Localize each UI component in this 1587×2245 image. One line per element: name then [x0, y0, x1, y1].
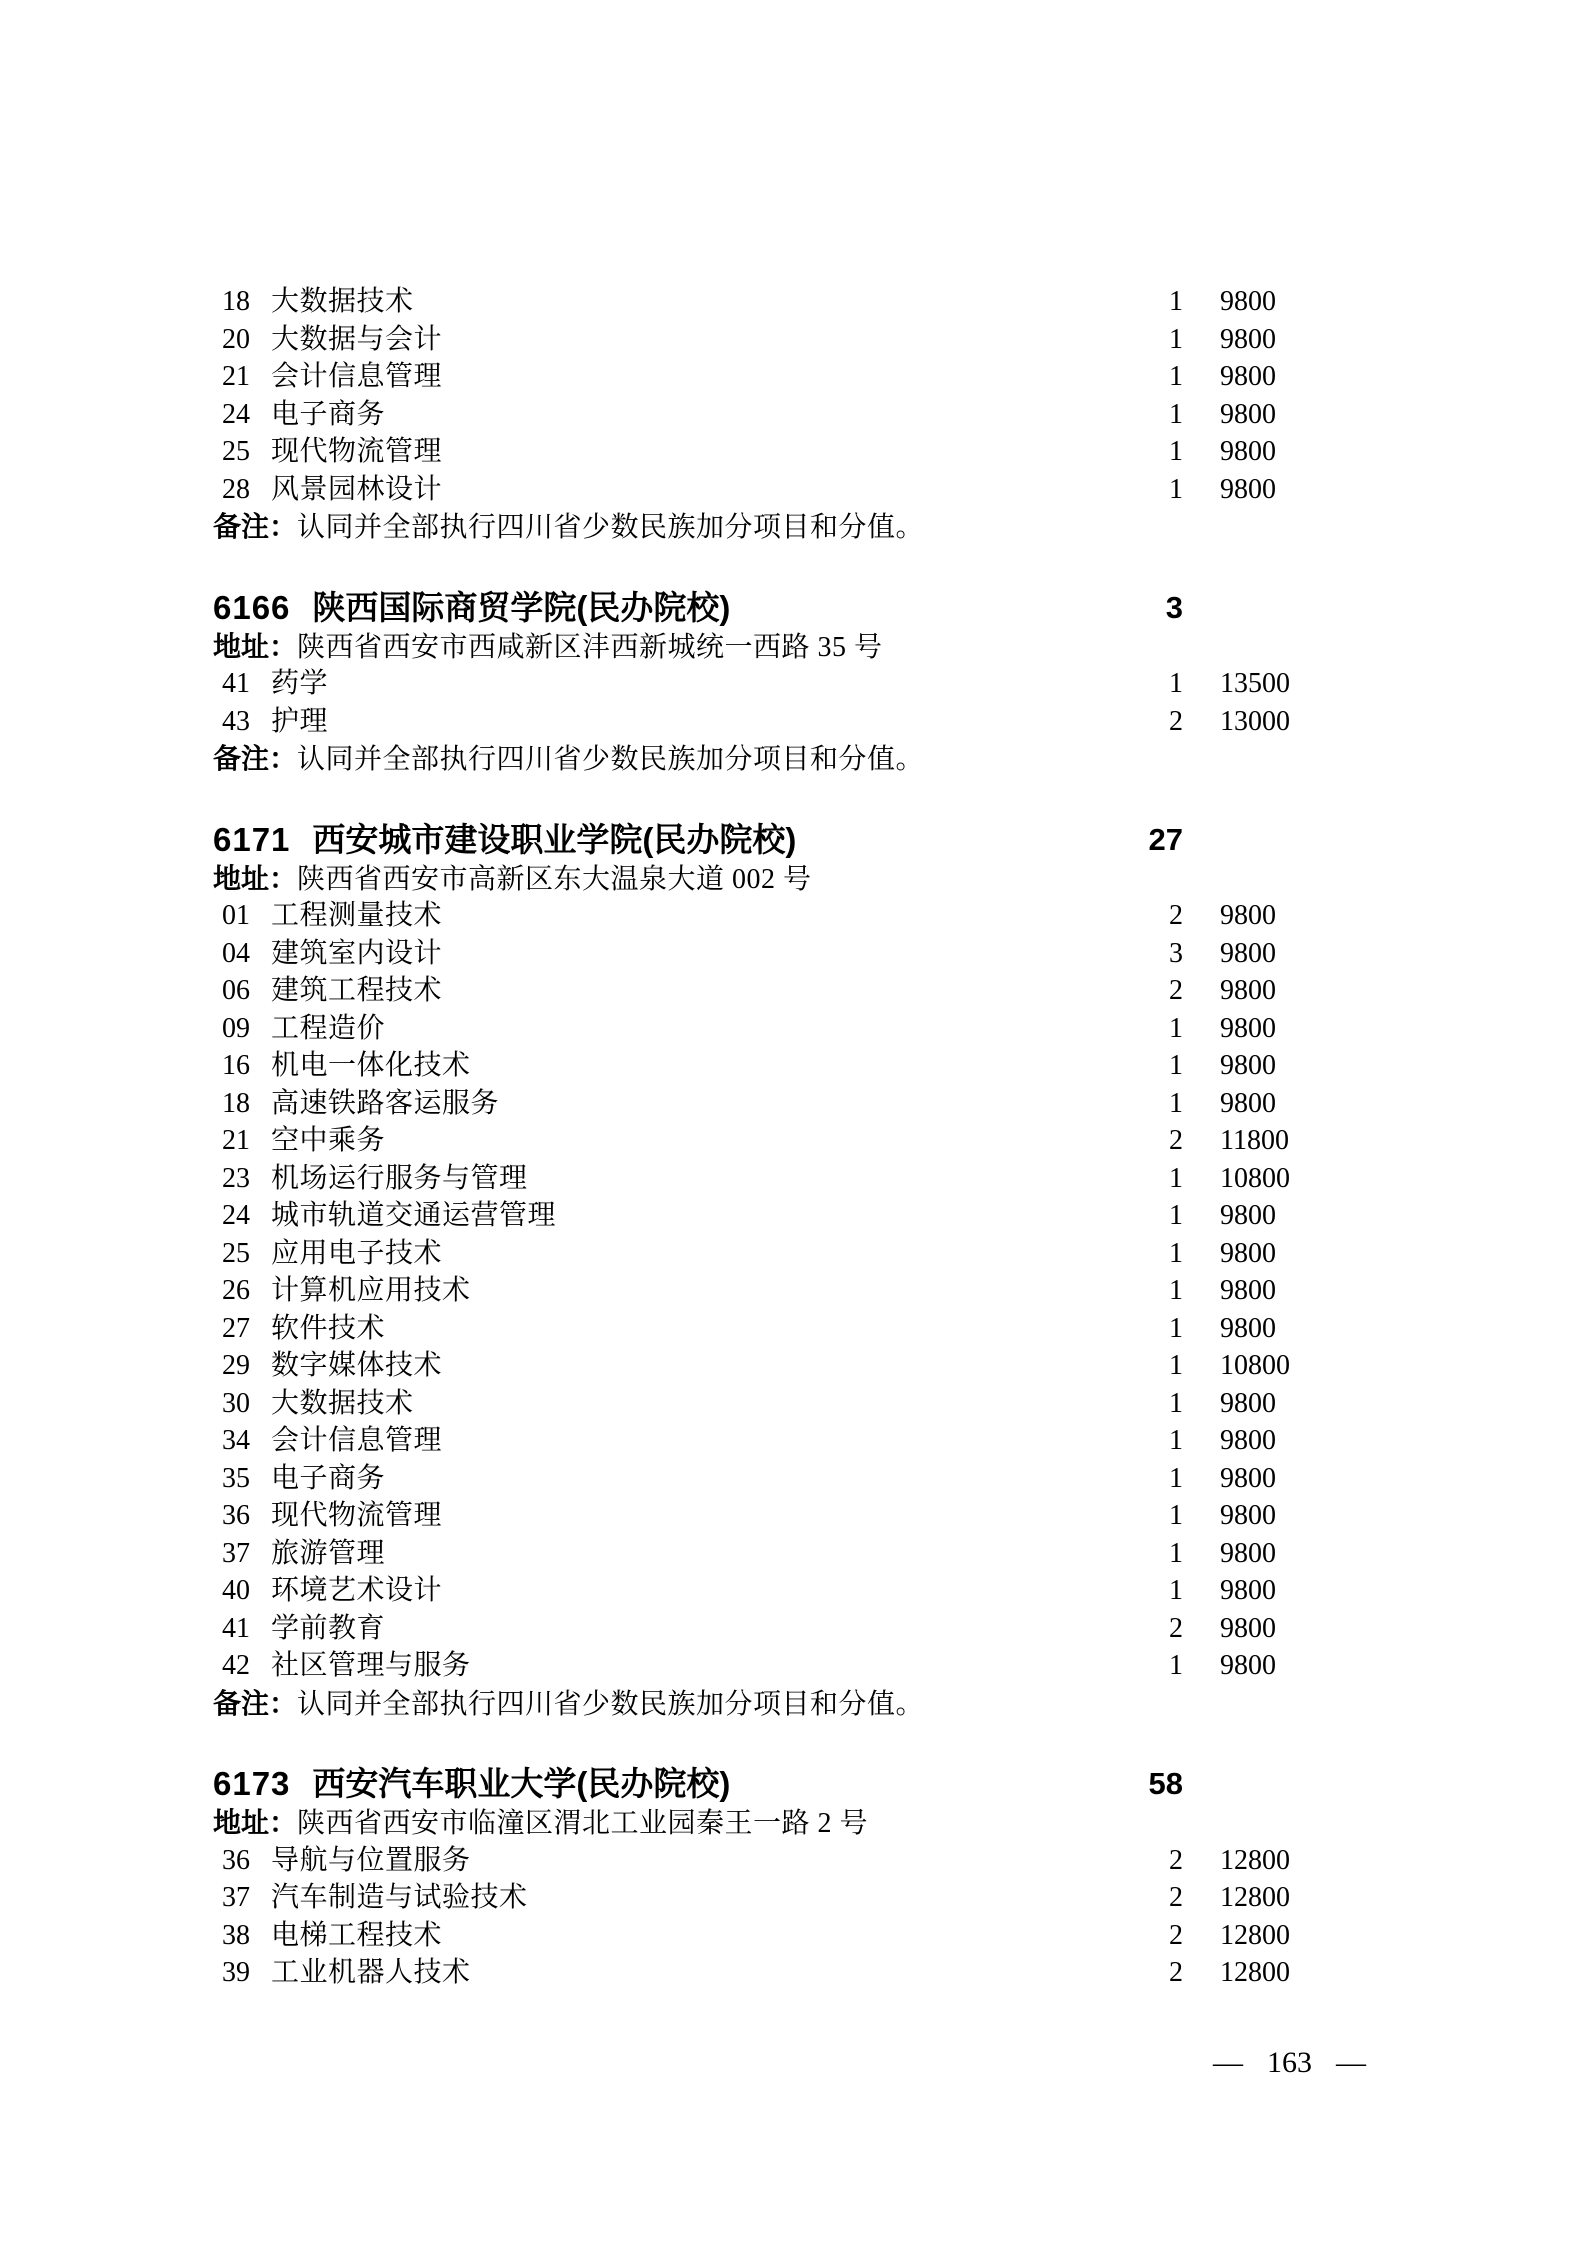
- major-quota: 1: [1123, 1272, 1183, 1310]
- major-row: 18 大数据技术 1 9800: [0, 283, 1587, 321]
- major-fee: 9800: [1220, 471, 1276, 509]
- major-fee: 9800: [1220, 1385, 1276, 1423]
- major-quota: 1: [1123, 1235, 1183, 1273]
- major-code: 38: [222, 1917, 250, 1955]
- major-code: 34: [222, 1422, 250, 1460]
- major-quota: 1: [1123, 1647, 1183, 1685]
- remark-text: 认同并全部执行四川省少数民族加分项目和分值。: [297, 1689, 924, 1720]
- major-fee: 9800: [1220, 972, 1276, 1010]
- major-fee: 10800: [1220, 1347, 1290, 1385]
- major-quota: 1: [1123, 321, 1183, 359]
- major-name: 现代物流管理: [271, 433, 442, 471]
- major-row: 28 风景园林设计 1 9800: [0, 471, 1587, 509]
- major-quota: 1: [1123, 1497, 1183, 1535]
- major-row: 23 机场运行服务与管理 1 10800: [0, 1160, 1587, 1198]
- major-row: 21 会计信息管理 1 9800: [0, 358, 1587, 396]
- major-row: 09 工程造价 1 9800: [0, 1010, 1587, 1048]
- major-code: 24: [222, 1197, 250, 1235]
- address-label: 地址：: [213, 1807, 297, 1838]
- major-quota: 2: [1123, 1842, 1183, 1880]
- major-quota: 1: [1123, 665, 1183, 703]
- major-code: 27: [222, 1310, 250, 1348]
- major-rows: 01 工程测量技术 2 9800 04 建筑室内设计 3 9800 06 建筑工…: [0, 897, 1587, 1685]
- remark-label: 备注：: [213, 1688, 297, 1719]
- major-code: 18: [222, 1085, 250, 1123]
- school-name: 西安城市建设职业学院(民办院校): [312, 821, 796, 858]
- major-name: 大数据与会计: [271, 321, 442, 359]
- major-name: 大数据技术: [271, 283, 414, 321]
- major-name: 社区管理与服务: [271, 1647, 471, 1685]
- major-fee: 9800: [1220, 1610, 1276, 1648]
- major-name: 现代物流管理: [271, 1497, 442, 1535]
- major-fee: 10800: [1220, 1160, 1290, 1198]
- major-code: 09: [222, 1010, 250, 1048]
- major-name: 空中乘务: [271, 1122, 385, 1160]
- major-row: 04 建筑室内设计 3 9800: [0, 935, 1587, 973]
- major-name: 大数据技术: [271, 1385, 414, 1423]
- major-name: 学前教育: [271, 1610, 385, 1648]
- major-code: 25: [222, 1235, 250, 1273]
- major-code: 28: [222, 471, 250, 509]
- major-row: 41 药学 1 13500: [0, 665, 1587, 703]
- major-row: 20 大数据与会计 1 9800: [0, 321, 1587, 359]
- major-quota: 1: [1123, 1310, 1183, 1348]
- major-row: 36 导航与位置服务 2 12800: [0, 1842, 1587, 1880]
- major-fee: 9800: [1220, 935, 1276, 973]
- major-quota: 1: [1123, 471, 1183, 509]
- major-quota: 1: [1123, 1385, 1183, 1423]
- major-rows: 41 药学 1 13500 43 护理 2 13000: [0, 665, 1587, 740]
- major-row: 30 大数据技术 1 9800: [0, 1385, 1587, 1423]
- major-fee: 12800: [1220, 1842, 1290, 1880]
- major-code: 37: [222, 1535, 250, 1573]
- page-number: 163: [1267, 2046, 1312, 2080]
- major-row: 21 空中乘务 2 11800: [0, 1122, 1587, 1160]
- major-fee: 9800: [1220, 1572, 1276, 1610]
- major-row: 06 建筑工程技术 2 9800: [0, 972, 1587, 1010]
- school-header: 6166陕西国际商贸学院(民办院校) 3: [0, 588, 1587, 628]
- remark-line: 备注：认同并全部执行四川省少数民族加分项目和分值。: [0, 740, 1587, 778]
- major-name: 会计信息管理: [271, 358, 442, 396]
- major-fee: 13000: [1220, 703, 1290, 741]
- major-name: 应用电子技术: [271, 1235, 442, 1273]
- major-row: 24 电子商务 1 9800: [0, 396, 1587, 434]
- major-name: 高速铁路客运服务: [271, 1085, 499, 1123]
- school-section: 6166陕西国际商贸学院(民办院校) 3 地址：陕西省西安市西咸新区沣西新城统一…: [0, 588, 1587, 778]
- address-text: 陕西省西安市高新区东大温泉大道 002 号: [297, 864, 812, 895]
- major-row: 42 社区管理与服务 1 9800: [0, 1647, 1587, 1685]
- major-fee: 9800: [1220, 321, 1276, 359]
- major-fee: 9800: [1220, 433, 1276, 471]
- major-row: 36 现代物流管理 1 9800: [0, 1497, 1587, 1535]
- major-row: 35 电子商务 1 9800: [0, 1460, 1587, 1498]
- major-row: 40 环境艺术设计 1 9800: [0, 1572, 1587, 1610]
- major-quota: 1: [1123, 1197, 1183, 1235]
- major-fee: 12800: [1220, 1879, 1290, 1917]
- major-fee: 9800: [1220, 358, 1276, 396]
- address-label: 地址：: [213, 863, 297, 894]
- major-fee: 9800: [1220, 1272, 1276, 1310]
- major-row: 41 学前教育 2 9800: [0, 1610, 1587, 1648]
- major-code: 37: [222, 1879, 250, 1917]
- major-name: 护理: [271, 703, 328, 741]
- school-header: 6171西安城市建设职业学院(民办院校) 27: [0, 820, 1587, 860]
- major-fee: 12800: [1220, 1917, 1290, 1955]
- major-fee: 9800: [1220, 1197, 1276, 1235]
- major-name: 环境艺术设计: [271, 1572, 442, 1610]
- school-count: 3: [1103, 588, 1183, 628]
- address-line: 地址：陕西省西安市临潼区渭北工业园秦王一路 2 号: [0, 1804, 1587, 1842]
- major-row: 25 现代物流管理 1 9800: [0, 433, 1587, 471]
- address-text: 陕西省西安市临潼区渭北工业园秦王一路 2 号: [297, 1808, 868, 1839]
- major-code: 36: [222, 1497, 250, 1535]
- major-fee: 9800: [1220, 1010, 1276, 1048]
- major-code: 36: [222, 1842, 250, 1880]
- school-count: 58: [1103, 1764, 1183, 1804]
- major-name: 汽车制造与试验技术: [271, 1879, 528, 1917]
- major-code: 41: [222, 665, 250, 703]
- major-quota: 1: [1123, 1460, 1183, 1498]
- major-code: 06: [222, 972, 250, 1010]
- school-count: 27: [1103, 820, 1183, 860]
- major-row: 24 城市轨道交通运营管理 1 9800: [0, 1197, 1587, 1235]
- major-name: 工程造价: [271, 1010, 385, 1048]
- major-row: 25 应用电子技术 1 9800: [0, 1235, 1587, 1273]
- major-fee: 9800: [1220, 897, 1276, 935]
- school-name: 陕西国际商贸学院(民办院校): [312, 589, 730, 626]
- major-quota: 2: [1123, 1954, 1183, 1992]
- major-quota: 2: [1123, 1122, 1183, 1160]
- major-name: 旅游管理: [271, 1535, 385, 1573]
- major-fee: 9800: [1220, 1535, 1276, 1573]
- major-name: 药学: [271, 665, 328, 703]
- major-quota: 2: [1123, 1879, 1183, 1917]
- major-quota: 2: [1123, 1610, 1183, 1648]
- major-row: 26 计算机应用技术 1 9800: [0, 1272, 1587, 1310]
- major-fee: 9800: [1220, 1235, 1276, 1273]
- remark-line: 备注：认同并全部执行四川省少数民族加分项目和分值。: [0, 1685, 1587, 1723]
- sections-container: 18 大数据技术 1 9800 20 大数据与会计 1 9800 21 会计信息…: [0, 283, 1587, 1992]
- school-code: 6173: [213, 1765, 290, 1802]
- major-code: 42: [222, 1647, 250, 1685]
- major-quota: 2: [1123, 1917, 1183, 1955]
- major-name: 机场运行服务与管理: [271, 1160, 528, 1198]
- major-name: 工程测量技术: [271, 897, 442, 935]
- major-name: 电子商务: [271, 1460, 385, 1498]
- school-name: 西安汽车职业大学(民办院校): [312, 1765, 730, 1802]
- major-name: 数字媒体技术: [271, 1347, 442, 1385]
- major-fee: 13500: [1220, 665, 1290, 703]
- major-row: 34 会计信息管理 1 9800: [0, 1422, 1587, 1460]
- major-row: 29 数字媒体技术 1 10800: [0, 1347, 1587, 1385]
- major-row: 16 机电一体化技术 1 9800: [0, 1047, 1587, 1085]
- major-row: 37 旅游管理 1 9800: [0, 1535, 1587, 1573]
- major-quota: 3: [1123, 935, 1183, 973]
- document-page: 18 大数据技术 1 9800 20 大数据与会计 1 9800 21 会计信息…: [0, 0, 1587, 2245]
- major-code: 40: [222, 1572, 250, 1610]
- major-code: 20: [222, 321, 250, 359]
- major-quota: 1: [1123, 1160, 1183, 1198]
- major-code: 16: [222, 1047, 250, 1085]
- major-row: 39 工业机器人技术 2 12800: [0, 1954, 1587, 1992]
- school-header: 6173西安汽车职业大学(民办院校) 58: [0, 1764, 1587, 1804]
- major-code: 35: [222, 1460, 250, 1498]
- remark-label: 备注：: [213, 511, 297, 542]
- major-quota: 1: [1123, 1572, 1183, 1610]
- major-quota: 1: [1123, 1347, 1183, 1385]
- major-name: 机电一体化技术: [271, 1047, 471, 1085]
- major-row: 01 工程测量技术 2 9800: [0, 897, 1587, 935]
- major-name: 建筑工程技术: [271, 972, 442, 1010]
- school-section: 6173西安汽车职业大学(民办院校) 58 地址：陕西省西安市临潼区渭北工业园秦…: [0, 1764, 1587, 1992]
- major-code: 18: [222, 283, 250, 321]
- major-rows: 36 导航与位置服务 2 12800 37 汽车制造与试验技术 2 12800 …: [0, 1842, 1587, 1992]
- school-code: 6171: [213, 821, 290, 858]
- remark-text: 认同并全部执行四川省少数民族加分项目和分值。: [297, 512, 924, 543]
- major-quota: 1: [1123, 1085, 1183, 1123]
- major-name: 导航与位置服务: [271, 1842, 471, 1880]
- major-code: 43: [222, 703, 250, 741]
- major-name: 建筑室内设计: [271, 935, 442, 973]
- major-quota: 1: [1123, 396, 1183, 434]
- major-fee: 9800: [1220, 396, 1276, 434]
- major-code: 21: [222, 1122, 250, 1160]
- major-row: 43 护理 2 13000: [0, 703, 1587, 741]
- major-row: 27 软件技术 1 9800: [0, 1310, 1587, 1348]
- remark-label: 备注：: [213, 743, 297, 774]
- major-fee: 9800: [1220, 1497, 1276, 1535]
- address-text: 陕西省西安市西咸新区沣西新城统一西路 35 号: [297, 632, 883, 663]
- major-quota: 1: [1123, 1422, 1183, 1460]
- major-fee: 9800: [1220, 1310, 1276, 1348]
- major-code: 30: [222, 1385, 250, 1423]
- address-label: 地址：: [213, 631, 297, 662]
- footer-left-dash: —: [1213, 2046, 1243, 2080]
- major-fee: 12800: [1220, 1954, 1290, 1992]
- major-fee: 9800: [1220, 1460, 1276, 1498]
- major-fee: 9800: [1220, 1647, 1276, 1685]
- major-name: 城市轨道交通运营管理: [271, 1197, 556, 1235]
- major-code: 41: [222, 1610, 250, 1648]
- major-quota: 2: [1123, 897, 1183, 935]
- major-quota: 2: [1123, 972, 1183, 1010]
- major-quota: 2: [1123, 703, 1183, 741]
- major-rows: 18 大数据技术 1 9800 20 大数据与会计 1 9800 21 会计信息…: [0, 283, 1587, 508]
- major-code: 23: [222, 1160, 250, 1198]
- major-name: 电子商务: [271, 396, 385, 434]
- major-name: 计算机应用技术: [271, 1272, 471, 1310]
- footer-right-dash: —: [1336, 2046, 1366, 2080]
- address-line: 地址：陕西省西安市西咸新区沣西新城统一西路 35 号: [0, 628, 1587, 666]
- major-name: 软件技术: [271, 1310, 385, 1348]
- major-name: 工业机器人技术: [271, 1954, 471, 1992]
- address-line: 地址：陕西省西安市高新区东大温泉大道 002 号: [0, 860, 1587, 898]
- major-code: 24: [222, 396, 250, 434]
- major-code: 29: [222, 1347, 250, 1385]
- major-code: 21: [222, 358, 250, 396]
- major-code: 25: [222, 433, 250, 471]
- major-row: 18 高速铁路客运服务 1 9800: [0, 1085, 1587, 1123]
- page-footer: — 163 —: [1213, 2046, 1366, 2080]
- major-row: 37 汽车制造与试验技术 2 12800: [0, 1879, 1587, 1917]
- major-fee: 9800: [1220, 1422, 1276, 1460]
- remark-text: 认同并全部执行四川省少数民族加分项目和分值。: [297, 744, 924, 775]
- major-name: 风景园林设计: [271, 471, 442, 509]
- major-code: 26: [222, 1272, 250, 1310]
- school-section: 18 大数据技术 1 9800 20 大数据与会计 1 9800 21 会计信息…: [0, 283, 1587, 546]
- major-quota: 1: [1123, 358, 1183, 396]
- school-code: 6166: [213, 589, 290, 626]
- major-fee: 9800: [1220, 1047, 1276, 1085]
- major-fee: 11800: [1220, 1122, 1289, 1160]
- major-name: 会计信息管理: [271, 1422, 442, 1460]
- major-code: 04: [222, 935, 250, 973]
- major-code: 39: [222, 1954, 250, 1992]
- remark-line: 备注：认同并全部执行四川省少数民族加分项目和分值。: [0, 508, 1587, 546]
- major-quota: 1: [1123, 1535, 1183, 1573]
- major-code: 01: [222, 897, 250, 935]
- major-quota: 1: [1123, 283, 1183, 321]
- major-fee: 9800: [1220, 283, 1276, 321]
- major-quota: 1: [1123, 1010, 1183, 1048]
- major-quota: 1: [1123, 1047, 1183, 1085]
- major-fee: 9800: [1220, 1085, 1276, 1123]
- major-row: 38 电梯工程技术 2 12800: [0, 1917, 1587, 1955]
- major-quota: 1: [1123, 433, 1183, 471]
- school-section: 6171西安城市建设职业学院(民办院校) 27 地址：陕西省西安市高新区东大温泉…: [0, 820, 1587, 1723]
- major-name: 电梯工程技术: [271, 1917, 442, 1955]
